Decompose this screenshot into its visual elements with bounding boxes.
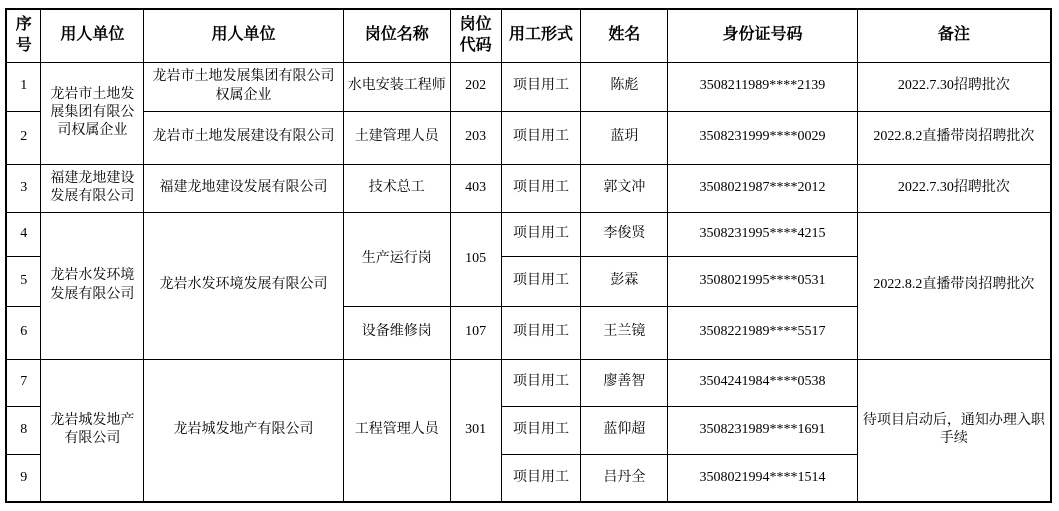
cell-id-number: 3508021987****2012 bbox=[668, 164, 858, 212]
cell-index: 7 bbox=[6, 359, 41, 406]
table-wrapper: 序号 用人单位 用人单位 岗位名称 岗位代码 用工形式 姓名 身份证号码 备注 … bbox=[0, 0, 1059, 511]
table-row: 7 龙岩城发地产有限公司 龙岩城发地产有限公司 工程管理人员 301 项目用工 … bbox=[6, 359, 1051, 406]
cell-position-code: 105 bbox=[450, 212, 501, 306]
cell-employer: 龙岩水发环境发展有限公司 bbox=[144, 212, 344, 359]
cell-position-code: 301 bbox=[450, 359, 501, 502]
cell-employment-type: 项目用工 bbox=[501, 111, 581, 164]
cell-name: 陈彪 bbox=[581, 62, 668, 111]
cell-position-code: 403 bbox=[450, 164, 501, 212]
cell-remarks: 2022.8.2直播带岗招聘批次 bbox=[857, 212, 1051, 359]
cell-employer: 龙岩城发地产有限公司 bbox=[144, 359, 344, 502]
cell-position-code: 202 bbox=[450, 62, 501, 111]
cell-position-name: 水电安装工程师 bbox=[343, 62, 450, 111]
header-employer-group: 用人单位 bbox=[41, 9, 144, 62]
cell-employer-group: 福建龙地建设发展有限公司 bbox=[41, 164, 144, 212]
cell-position-name: 土建管理人员 bbox=[343, 111, 450, 164]
table-row: 3 福建龙地建设发展有限公司 福建龙地建设发展有限公司 技术总工 403 项目用… bbox=[6, 164, 1051, 212]
cell-index: 5 bbox=[6, 256, 41, 306]
cell-index: 2 bbox=[6, 111, 41, 164]
cell-remarks: 2022.8.2直播带岗招聘批次 bbox=[857, 111, 1051, 164]
cell-employment-type: 项目用工 bbox=[501, 164, 581, 212]
cell-index: 8 bbox=[6, 406, 41, 454]
cell-name: 王兰镜 bbox=[581, 306, 668, 359]
cell-id-number: 3504241984****0538 bbox=[668, 359, 858, 406]
cell-remarks: 2022.7.30招聘批次 bbox=[857, 62, 1051, 111]
cell-id-number: 3508021995****0531 bbox=[668, 256, 858, 306]
cell-remarks: 2022.7.30招聘批次 bbox=[857, 164, 1051, 212]
cell-position-name: 生产运行岗 bbox=[343, 212, 450, 306]
cell-employer: 龙岩市土地发展建设有限公司 bbox=[144, 111, 344, 164]
header-employment-type: 用工形式 bbox=[501, 9, 581, 62]
cell-name: 李俊贤 bbox=[581, 212, 668, 256]
cell-employment-type: 项目用工 bbox=[501, 256, 581, 306]
cell-name: 彭霖 bbox=[581, 256, 668, 306]
cell-position-name: 技术总工 bbox=[343, 164, 450, 212]
cell-employment-type: 项目用工 bbox=[501, 62, 581, 111]
cell-position-code: 107 bbox=[450, 306, 501, 359]
cell-employer-group: 龙岩水发环境发展有限公司 bbox=[41, 212, 144, 359]
cell-name: 郭文冲 bbox=[581, 164, 668, 212]
cell-remarks: 待项目启动后，通知办理入职手续 bbox=[857, 359, 1051, 502]
table-row: 2 龙岩市土地发展建设有限公司 土建管理人员 203 项目用工 蓝玥 35082… bbox=[6, 111, 1051, 164]
cell-employment-type: 项目用工 bbox=[501, 454, 581, 502]
cell-employment-type: 项目用工 bbox=[501, 359, 581, 406]
cell-name: 蓝仰超 bbox=[581, 406, 668, 454]
cell-employer: 福建龙地建设发展有限公司 bbox=[144, 164, 344, 212]
cell-index: 1 bbox=[6, 62, 41, 111]
cell-id-number: 3508231989****1691 bbox=[668, 406, 858, 454]
header-remarks: 备注 bbox=[857, 9, 1051, 62]
cell-id-number: 3508231995****4215 bbox=[668, 212, 858, 256]
cell-id-number: 3508231999****0029 bbox=[668, 111, 858, 164]
cell-id-number: 3508021994****1514 bbox=[668, 454, 858, 502]
cell-index: 6 bbox=[6, 306, 41, 359]
cell-name: 廖善智 bbox=[581, 359, 668, 406]
header-name: 姓名 bbox=[581, 9, 668, 62]
cell-position-code: 203 bbox=[450, 111, 501, 164]
header-index: 序号 bbox=[6, 9, 41, 62]
cell-name: 吕丹全 bbox=[581, 454, 668, 502]
cell-id-number: 3508221989****5517 bbox=[668, 306, 858, 359]
cell-index: 4 bbox=[6, 212, 41, 256]
cell-index: 3 bbox=[6, 164, 41, 212]
cell-id-number: 3508211989****2139 bbox=[668, 62, 858, 111]
header-position-name: 岗位名称 bbox=[343, 9, 450, 62]
header-position-code: 岗位代码 bbox=[450, 9, 501, 62]
cell-employer: 龙岩市土地发展集团有限公司权属企业 bbox=[144, 62, 344, 111]
header-id-number: 身份证号码 bbox=[668, 9, 858, 62]
cell-employer-group: 龙岩市土地发展集团有限公司权属企业 bbox=[41, 62, 144, 164]
cell-name: 蓝玥 bbox=[581, 111, 668, 164]
cell-position-name: 设备维修岗 bbox=[343, 306, 450, 359]
table-row: 1 龙岩市土地发展集团有限公司权属企业 龙岩市土地发展集团有限公司权属企业 水电… bbox=[6, 62, 1051, 111]
cell-index: 9 bbox=[6, 454, 41, 502]
cell-employment-type: 项目用工 bbox=[501, 212, 581, 256]
cell-position-name: 工程管理人员 bbox=[343, 359, 450, 502]
table-row: 4 龙岩水发环境发展有限公司 龙岩水发环境发展有限公司 生产运行岗 105 项目… bbox=[6, 212, 1051, 256]
recruitment-roster-table: 序号 用人单位 用人单位 岗位名称 岗位代码 用工形式 姓名 身份证号码 备注 … bbox=[5, 8, 1052, 503]
table-header-row: 序号 用人单位 用人单位 岗位名称 岗位代码 用工形式 姓名 身份证号码 备注 bbox=[6, 9, 1051, 62]
header-employer: 用人单位 bbox=[144, 9, 344, 62]
cell-employment-type: 项目用工 bbox=[501, 306, 581, 359]
cell-employer-group: 龙岩城发地产有限公司 bbox=[41, 359, 144, 502]
cell-employment-type: 项目用工 bbox=[501, 406, 581, 454]
